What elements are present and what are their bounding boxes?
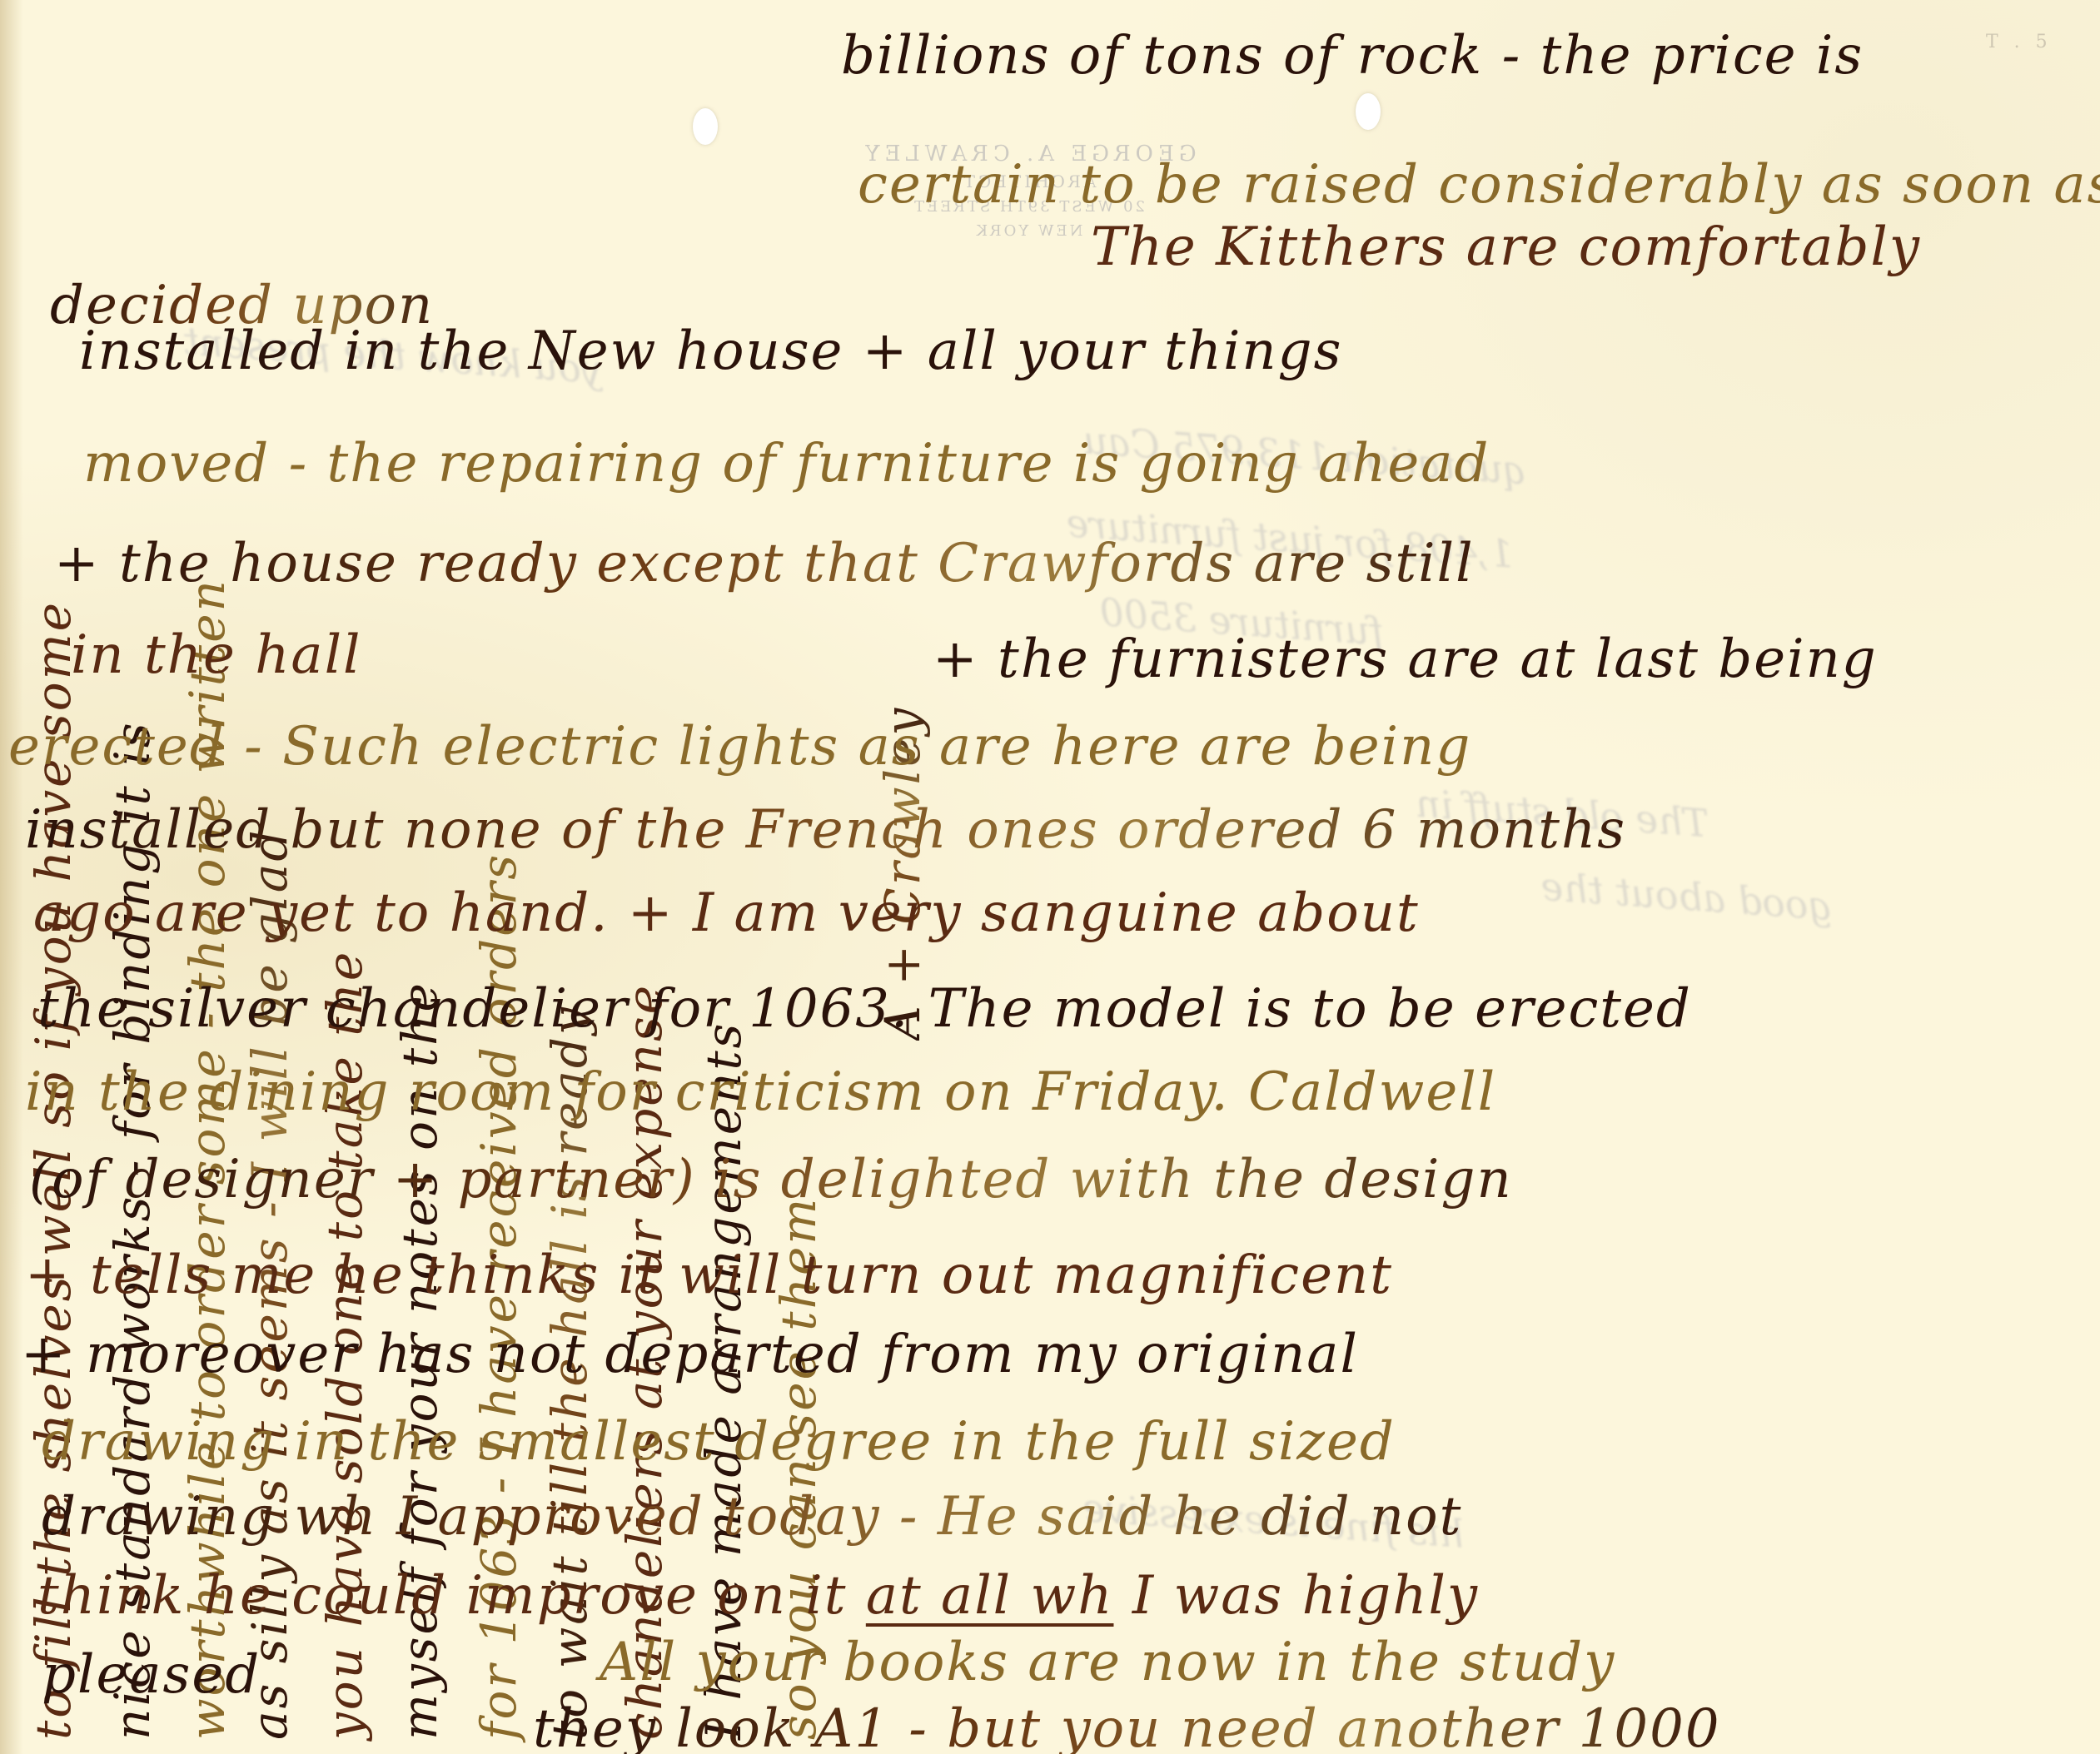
handwritten-line: installed in the New house + all your th…: [79, 320, 1342, 382]
underlined-word: at all wh: [866, 1565, 1114, 1627]
bleed-through-text: good about the: [1540, 864, 1834, 929]
handwritten-line: pleased: [42, 1644, 261, 1706]
page-corner-mark: T . 5: [1986, 32, 2053, 52]
handwritten-line: they look A1 - but you need another 1000: [533, 1698, 1721, 1754]
underlined-word: wh: [295, 1486, 378, 1548]
handwritten-line: drawing in the smallest degree in the fu…: [42, 1411, 1396, 1473]
handwritten-line: ago are yet to hand. + I am very sanguin…: [33, 882, 1420, 944]
handwritten-line: + moreover has not departed from my orig…: [21, 1324, 1359, 1385]
paper-edge-shadow: [0, 0, 23, 1754]
handwritten-line: installed but none of the French ones or…: [25, 799, 1626, 861]
handwritten-line: in the hall: [71, 624, 362, 686]
handwritten-line: + the house ready except that Crawfords …: [54, 533, 1475, 594]
handwritten-line: billions of tons of rock - the price is: [841, 25, 1864, 87]
handwritten-line: (of designer + partner) is delighted wit…: [29, 1149, 1513, 1210]
handwritten-line: think he could improve on it at all wh I…: [37, 1565, 1479, 1627]
letter-page: GEORGE A. CRAWLEY ARCHITECT 20 WEST 39TH…: [0, 0, 2100, 1754]
handwritten-line: erected - Such electric lights as are he…: [8, 716, 1471, 778]
handwritten-line: All your books are now in the study: [600, 1632, 1615, 1693]
handwritten-line: certain to be raised considerably as soo…: [858, 154, 2100, 216]
handwritten-line: moved - the repairing of furniture is go…: [83, 433, 1490, 494]
handwritten-line: drawing wh I approved today - He said he…: [42, 1486, 1462, 1548]
handwritten-line: the silver chandelier for 1063. The mode…: [37, 978, 1692, 1040]
punch-hole: [693, 108, 718, 145]
handwritten-line: The Kitthers are comfortably: [1091, 216, 1921, 278]
handwritten-line: + the furnisters are at last being: [933, 629, 1878, 690]
punch-hole: [1356, 93, 1381, 130]
handwritten-line: + tells me he thinks it will turn out ma…: [25, 1245, 1393, 1306]
handwritten-line: in the dining room for criticism on Frid…: [25, 1061, 1496, 1123]
